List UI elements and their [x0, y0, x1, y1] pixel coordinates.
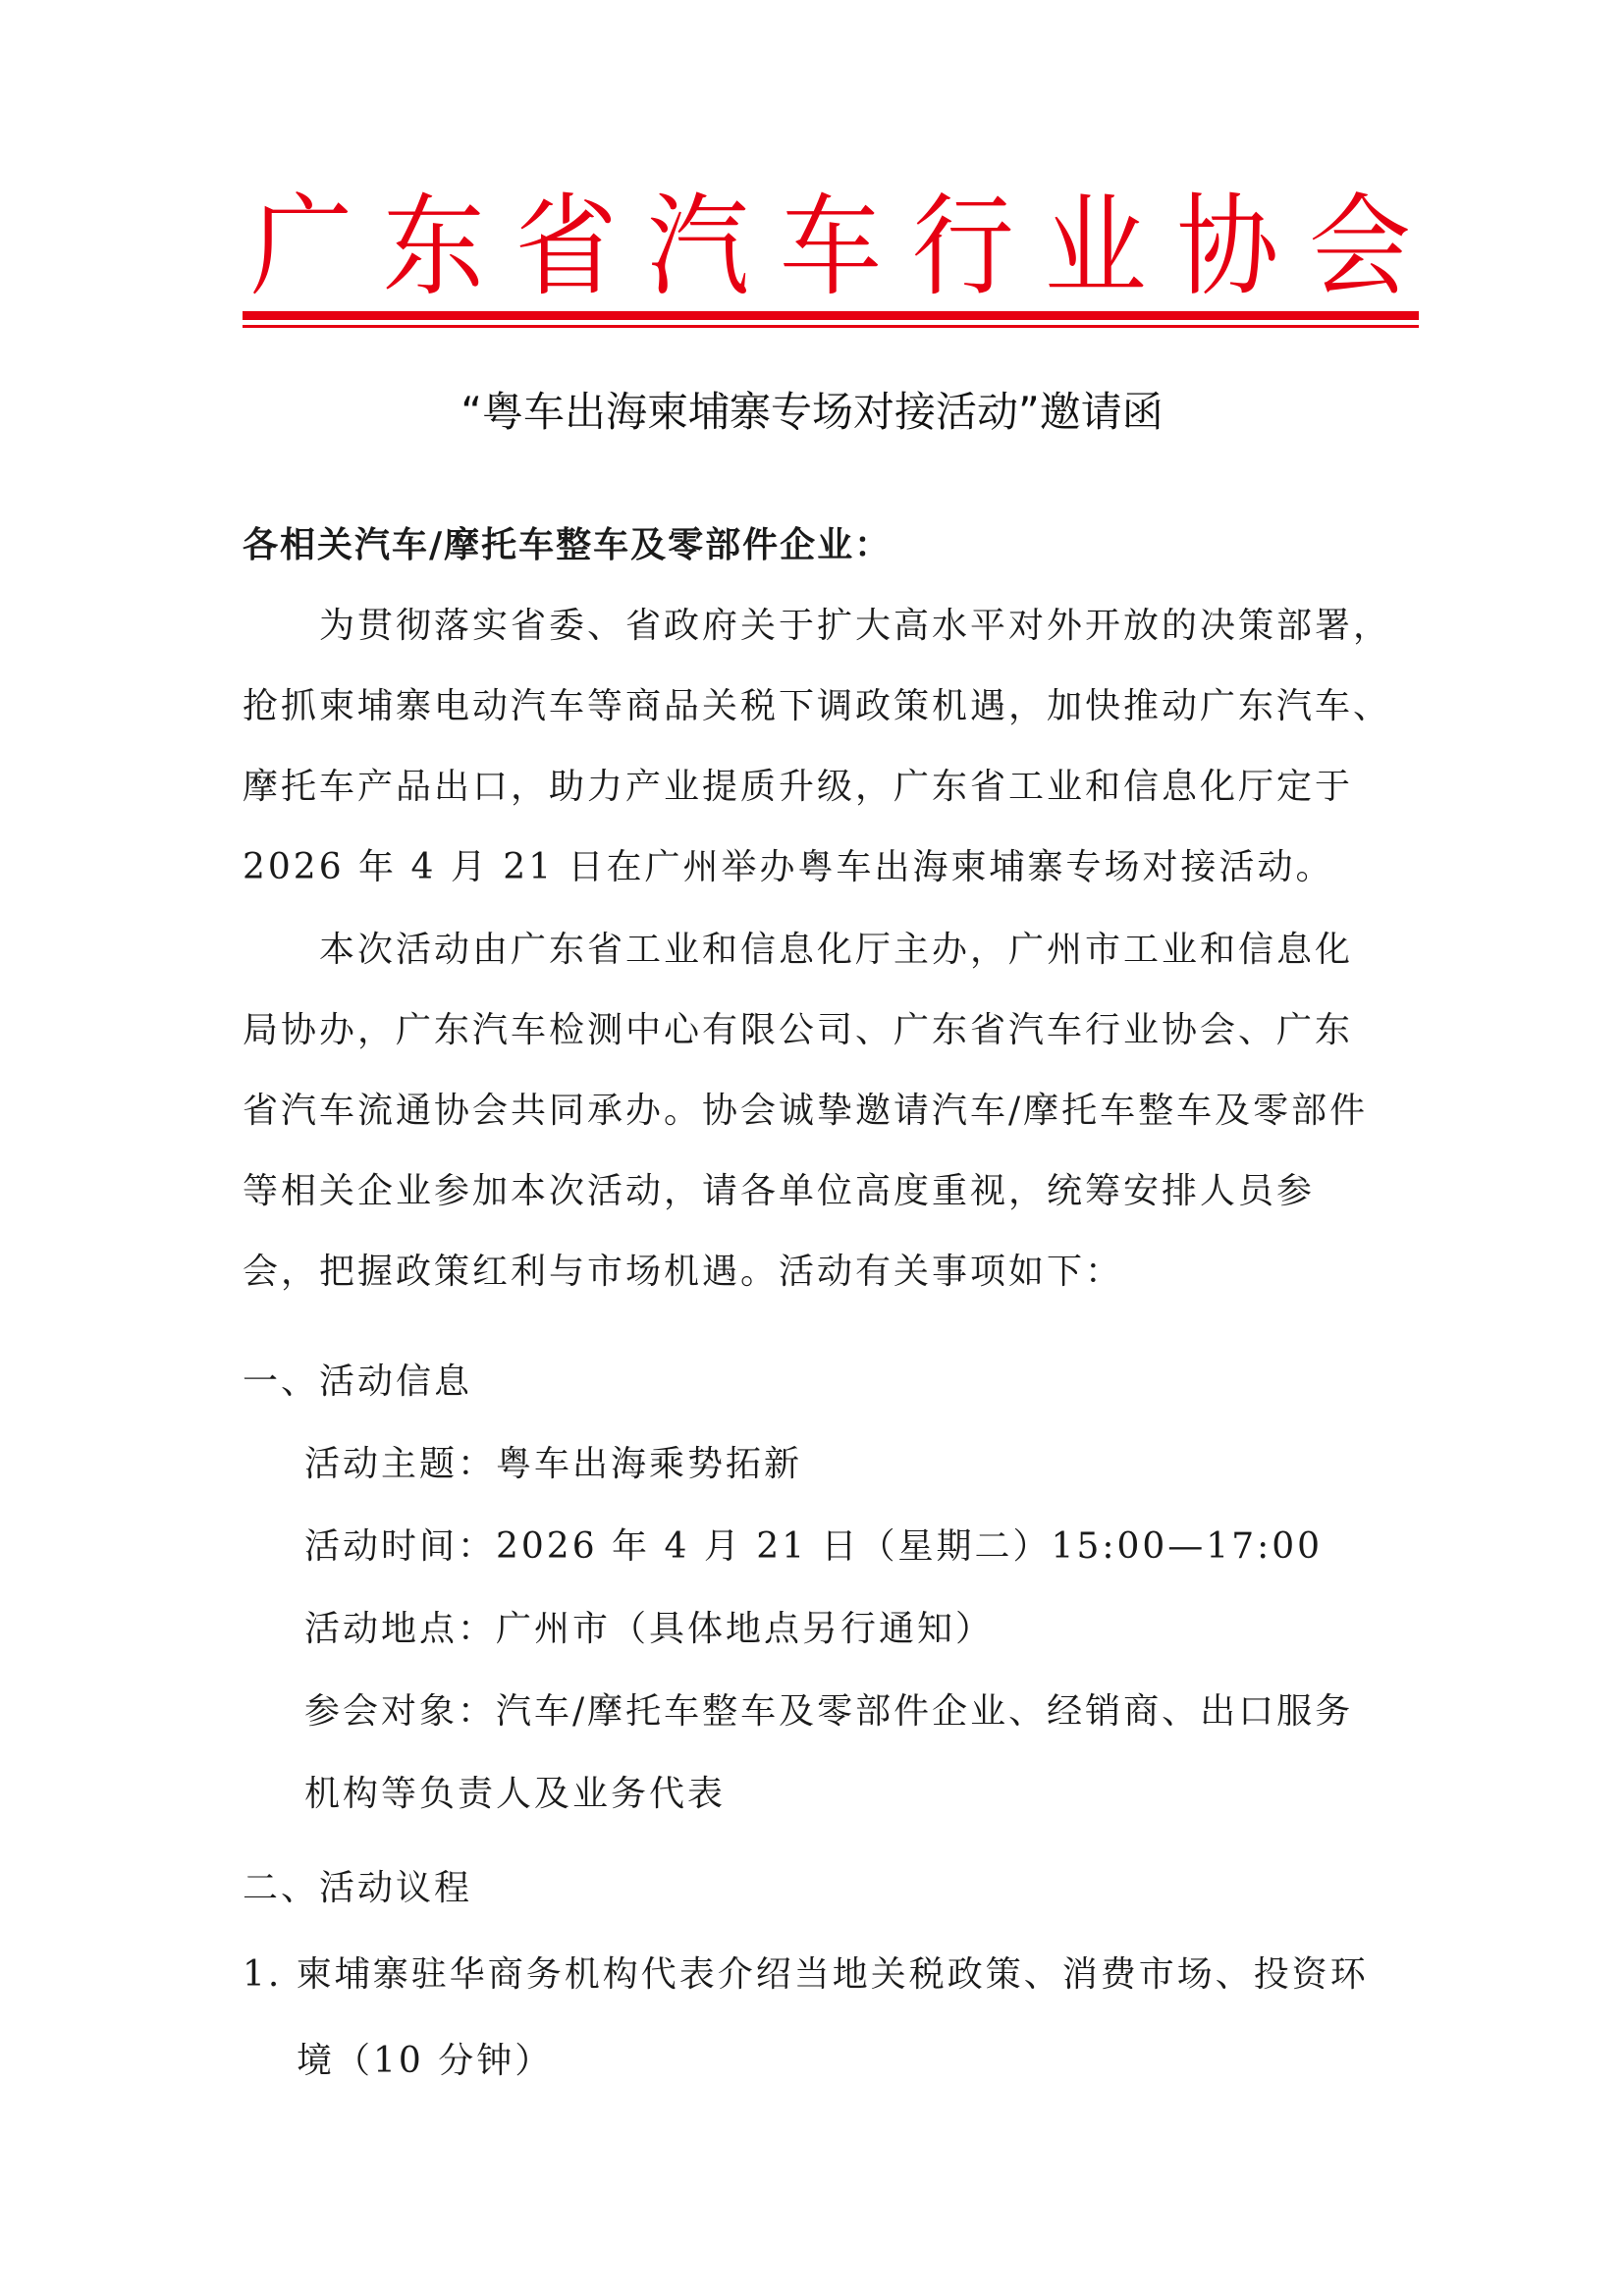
- paragraph-2-line: 省汽车流通协会共同承办。协会诚挚邀请汽车/摩托车整车及零部件: [243, 1086, 1421, 1137]
- paragraph-2-line: 本次活动由广东省工业和信息化厅主办，广州市工业和信息化: [243, 925, 1421, 976]
- salutation: 各相关汽车/摩托车整车及零部件企业：: [243, 520, 1421, 571]
- letterhead-char: 行: [904, 188, 1022, 305]
- event-attendees: 参会对象：汽车/摩托车整车及零部件企业、经销商、出口服务: [304, 1686, 1483, 1737]
- letterhead-char: 省: [508, 188, 625, 305]
- document-title: “粤车出海柬埔寨专场对接活动”邀请函: [0, 385, 1624, 440]
- event-location: 活动地点：广州市（具体地点另行通知）: [304, 1604, 1483, 1655]
- paragraph-2-line: 等相关企业参加本次活动，请各单位高度重视，统筹安排人员参: [243, 1166, 1421, 1217]
- paragraph-1-line: 摩托车产品出口，助力产业提质升级，广东省工业和信息化厅定于: [243, 762, 1421, 813]
- event-attendees-cont: 机构等负责人及业务代表: [304, 1769, 1483, 1820]
- section-2-heading: 二、活动议程: [243, 1863, 1421, 1914]
- agenda-item-cont: 境（10 分钟）: [297, 2036, 1475, 2087]
- paragraph-1-line: 抢抓柬埔寨电动汽车等商品关税下调政策机遇，加快推动广东汽车、: [243, 681, 1421, 732]
- letterhead-char: 车: [772, 188, 890, 305]
- letterhead-char: 协: [1168, 188, 1286, 305]
- letterhead-char: 会: [1301, 188, 1419, 305]
- letterhead-org-name: 广 东 省 汽 车 行 业 协 会: [243, 188, 1419, 305]
- letterhead-char: 业: [1037, 188, 1155, 305]
- paragraph-2-line: 会，把握政策红利与市场机遇。活动有关事项如下：: [243, 1247, 1421, 1298]
- paragraph-1-line: 2026 年 4 月 21 日在广州举办粤车出海柬埔寨专场对接活动。: [243, 842, 1421, 893]
- agenda-item: 1. 柬埔寨驻华商务机构代表介绍当地关税政策、消费市场、投资环: [243, 1949, 1421, 2001]
- letterhead-divider-thick: [243, 311, 1419, 320]
- letterhead-char: 广: [243, 188, 360, 305]
- letterhead-divider-thin: [243, 325, 1419, 328]
- event-time: 活动时间：2026 年 4 月 21 日（星期二）15:00—17:00: [304, 1522, 1483, 1573]
- event-theme: 活动主题：粤车出海乘势拓新: [304, 1439, 1483, 1490]
- letterhead-char: 东: [375, 188, 493, 305]
- letterhead-char: 汽: [639, 188, 757, 305]
- paragraph-1-line: 为贯彻落实省委、省政府关于扩大高水平对外开放的决策部署，: [243, 601, 1421, 652]
- paragraph-2-line: 局协办，广东汽车检测中心有限公司、广东省汽车行业协会、广东: [243, 1005, 1421, 1056]
- section-1-heading: 一、活动信息: [243, 1357, 1421, 1408]
